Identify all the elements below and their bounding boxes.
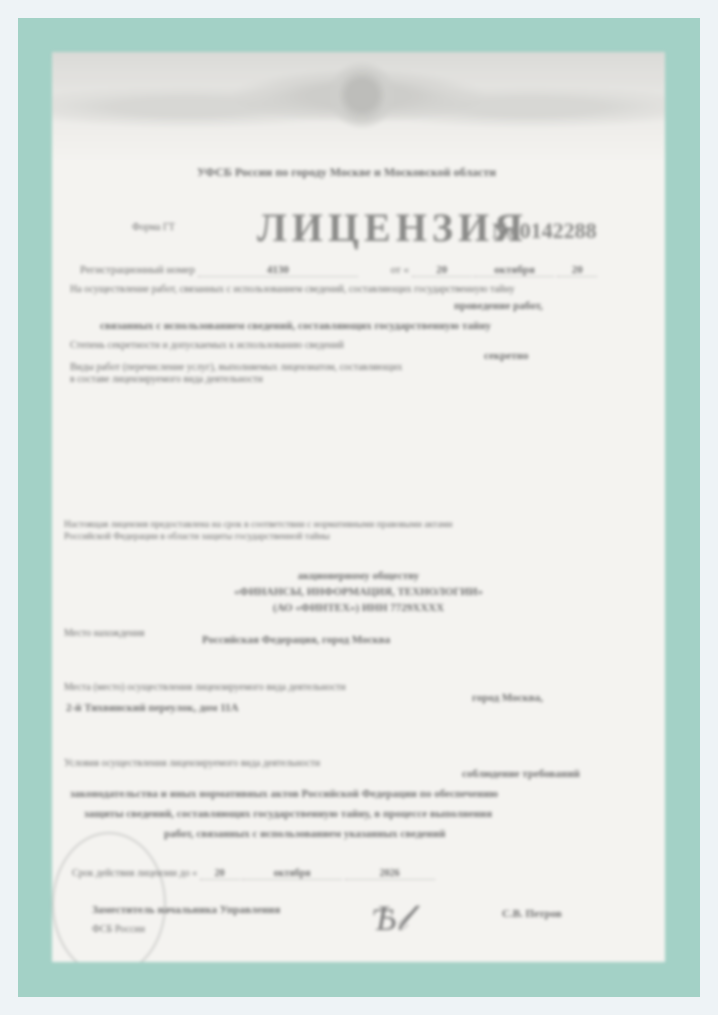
registration-day: 20 xyxy=(412,264,472,277)
signer-role: ФСБ России xyxy=(92,924,145,935)
license-document: УФСБ России по городу Москве и Московско… xyxy=(52,52,665,962)
series-number: № 0142288 xyxy=(492,218,597,244)
registration-number: 4130 xyxy=(198,264,358,277)
validity-year: 2026 xyxy=(345,868,435,880)
registration-row: Регистрационный номер 4130 от « 20 октяб… xyxy=(80,264,597,277)
validity-month: октября xyxy=(242,868,342,880)
organization-short-name: (АО «ФИНТЕХ») ИНН 7729XXXX xyxy=(52,602,665,614)
work-types-label-line2: в составе лицензируемого вида деятельнос… xyxy=(70,374,263,385)
form-label: Форма ГТ xyxy=(132,222,175,233)
registration-label: Регистрационный номер xyxy=(80,264,195,276)
location-value: Российская Федерация, город Москва xyxy=(202,634,390,646)
registration-year: 20 xyxy=(557,264,597,277)
signature: Ѣ𝓁 xyxy=(372,897,408,940)
organization-name: «ФИНАНСЫ, ИНФОРМАЦИЯ, ТЕХНОЛОГИИ» xyxy=(52,586,665,598)
signer-title: Заместитель начальника Управления xyxy=(92,904,280,916)
validity-day: 20 xyxy=(200,868,240,880)
signer-name: С.В. Петров xyxy=(502,908,562,920)
address-value-line2: 2-й Тихвинский переулок, дом 11А xyxy=(66,702,239,714)
secrecy-value: секретно xyxy=(484,350,528,362)
emblem-icon xyxy=(327,60,397,130)
organization-type: акционерному обществу xyxy=(52,570,665,582)
validity-label: Срок действия лицензии до « xyxy=(72,868,197,879)
work-types-label: Виды работ (перечисление услуг), выполня… xyxy=(70,362,402,373)
document-title: ЛИЦЕНЗИЯ xyxy=(257,204,528,251)
secrecy-label: Степень секретности и допускаемых к испо… xyxy=(70,340,344,351)
conditions-label: Условия осуществления лицензируемого вид… xyxy=(64,758,320,769)
address-value: город Москва, xyxy=(472,692,543,704)
validity-row: Срок действия лицензии до « 20 октября 2… xyxy=(72,868,435,880)
conditions-value-line4: работ, связанных с использованием указан… xyxy=(164,828,445,840)
conditions-value-line2: законодательства и иных нормативных акто… xyxy=(70,788,498,800)
official-seal xyxy=(52,832,166,962)
activity-value: проведение работ, xyxy=(454,300,543,312)
issuing-authority: УФСБ России по городу Москве и Московско… xyxy=(197,165,496,180)
address-label: Места (место) осуществления лицензируемо… xyxy=(64,682,346,693)
activity-label: На осуществление работ, связанных с испо… xyxy=(70,284,515,295)
conditions-value: соблюдение требований xyxy=(462,768,580,780)
granted-text-line2: Российской Федерации в области защиты го… xyxy=(64,532,330,542)
conditions-value-line3: защиты сведений, составляющих государств… xyxy=(84,808,492,820)
activity-value-line2: связанных с использованием сведений, сос… xyxy=(100,320,491,332)
registration-date-prefix: от « xyxy=(391,264,409,276)
granted-text: Настоящая лицензия предоставлена на срок… xyxy=(64,520,453,530)
registration-month: октября xyxy=(474,264,554,277)
location-label: Место нахождения xyxy=(64,628,145,639)
